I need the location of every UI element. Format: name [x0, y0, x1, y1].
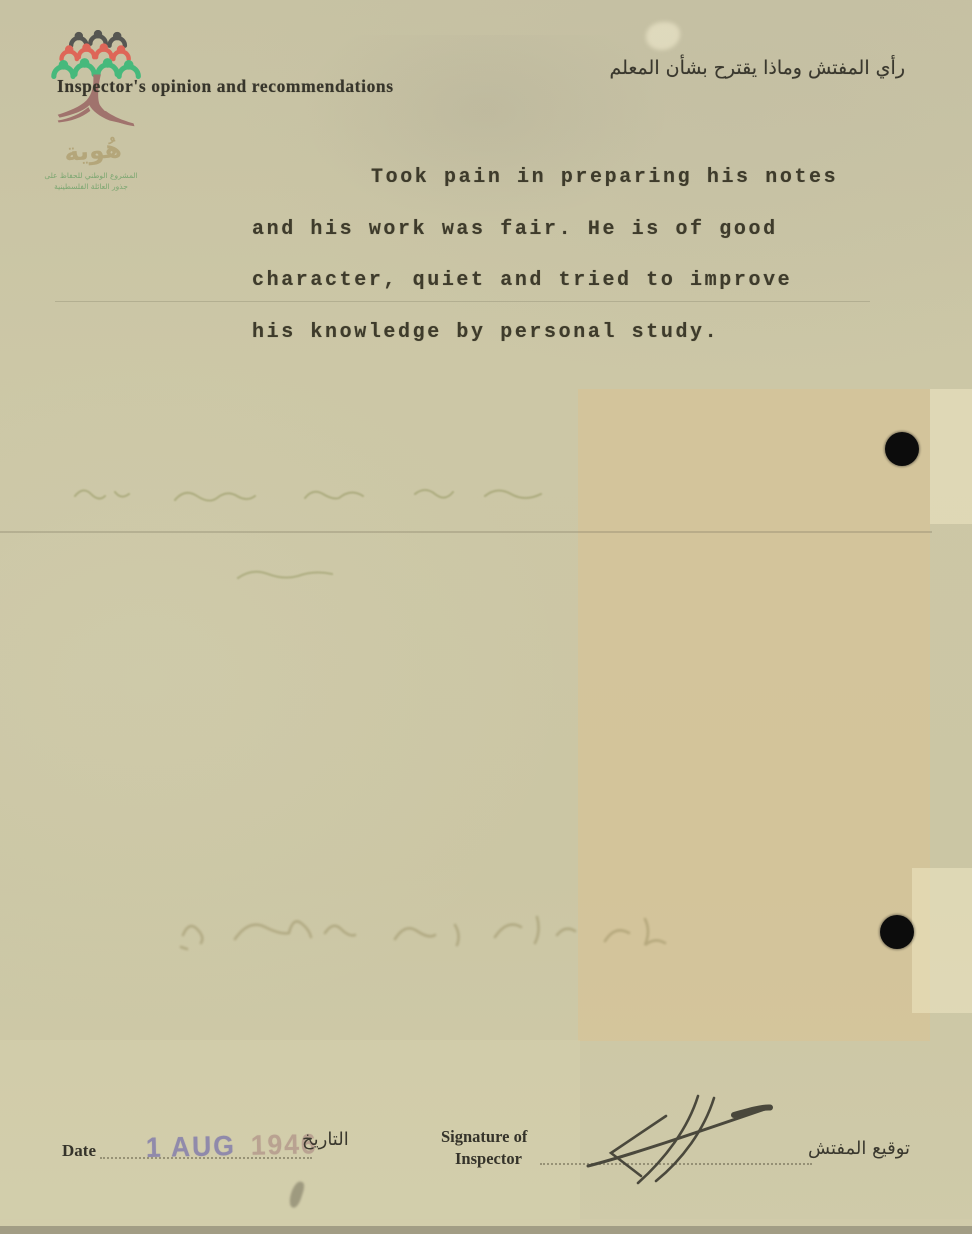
signature-label-arabic: توقيع المفتش — [808, 1138, 910, 1159]
logo-tagline-line1: المشروع الوطني للحفاظ على — [36, 170, 146, 181]
logo-tagline: المشروع الوطني للحفاظ على جذور العائلة ا… — [36, 170, 146, 192]
date-label-arabic: التاريخ — [302, 1129, 349, 1150]
scanned-document-page: هُوية المشروع الوطني للحفاظ على جذور الع… — [0, 0, 972, 1234]
remarks-line: his knowledge by personal study. — [252, 321, 892, 373]
date-label-english: Date — [62, 1141, 96, 1161]
signature-label-line1: Signature of — [441, 1126, 527, 1148]
scan-edge-light — [0, 1219, 972, 1226]
signature-label-english: Signature of Inspector — [441, 1126, 527, 1170]
remarks-line: Took pain in preparing his notes — [252, 166, 892, 218]
signature-label-line2: Inspector — [441, 1148, 527, 1170]
section-heading-arabic: رأي المفتش وماذا يقترح بشأن المعلم — [609, 57, 905, 79]
hole-punch-bottom — [880, 915, 914, 949]
date-stamp-day-month: 1 AUG — [146, 1130, 236, 1163]
paper-light-patch — [912, 868, 972, 1013]
remarks-line: and his work was fair. He is of good — [252, 218, 892, 270]
remarks-line: character, quiet and tried to improve — [252, 269, 892, 321]
date-stamp: 1 AUG 1946 — [146, 1128, 318, 1164]
inspector-signature-scrawl — [538, 1086, 788, 1196]
hole-punch-top — [885, 432, 919, 466]
section-heading-english: Inspector's opinion and recommendations — [57, 76, 394, 97]
logo-wordmark: هُوية — [51, 133, 135, 168]
bleedthrough-handwriting — [230, 560, 340, 590]
bleedthrough-handwriting — [55, 470, 575, 530]
logo-tagline-line2: جذور العائلة الفلسطينية — [36, 181, 146, 192]
typewritten-remarks: Took pain in preparing his notes and his… — [252, 166, 892, 372]
bleedthrough-handwriting — [165, 895, 685, 965]
paper-light-patch — [930, 389, 972, 524]
faint-rule-line — [0, 531, 932, 533]
scan-edge-dark — [0, 1226, 972, 1234]
paper-scratch — [646, 22, 680, 50]
